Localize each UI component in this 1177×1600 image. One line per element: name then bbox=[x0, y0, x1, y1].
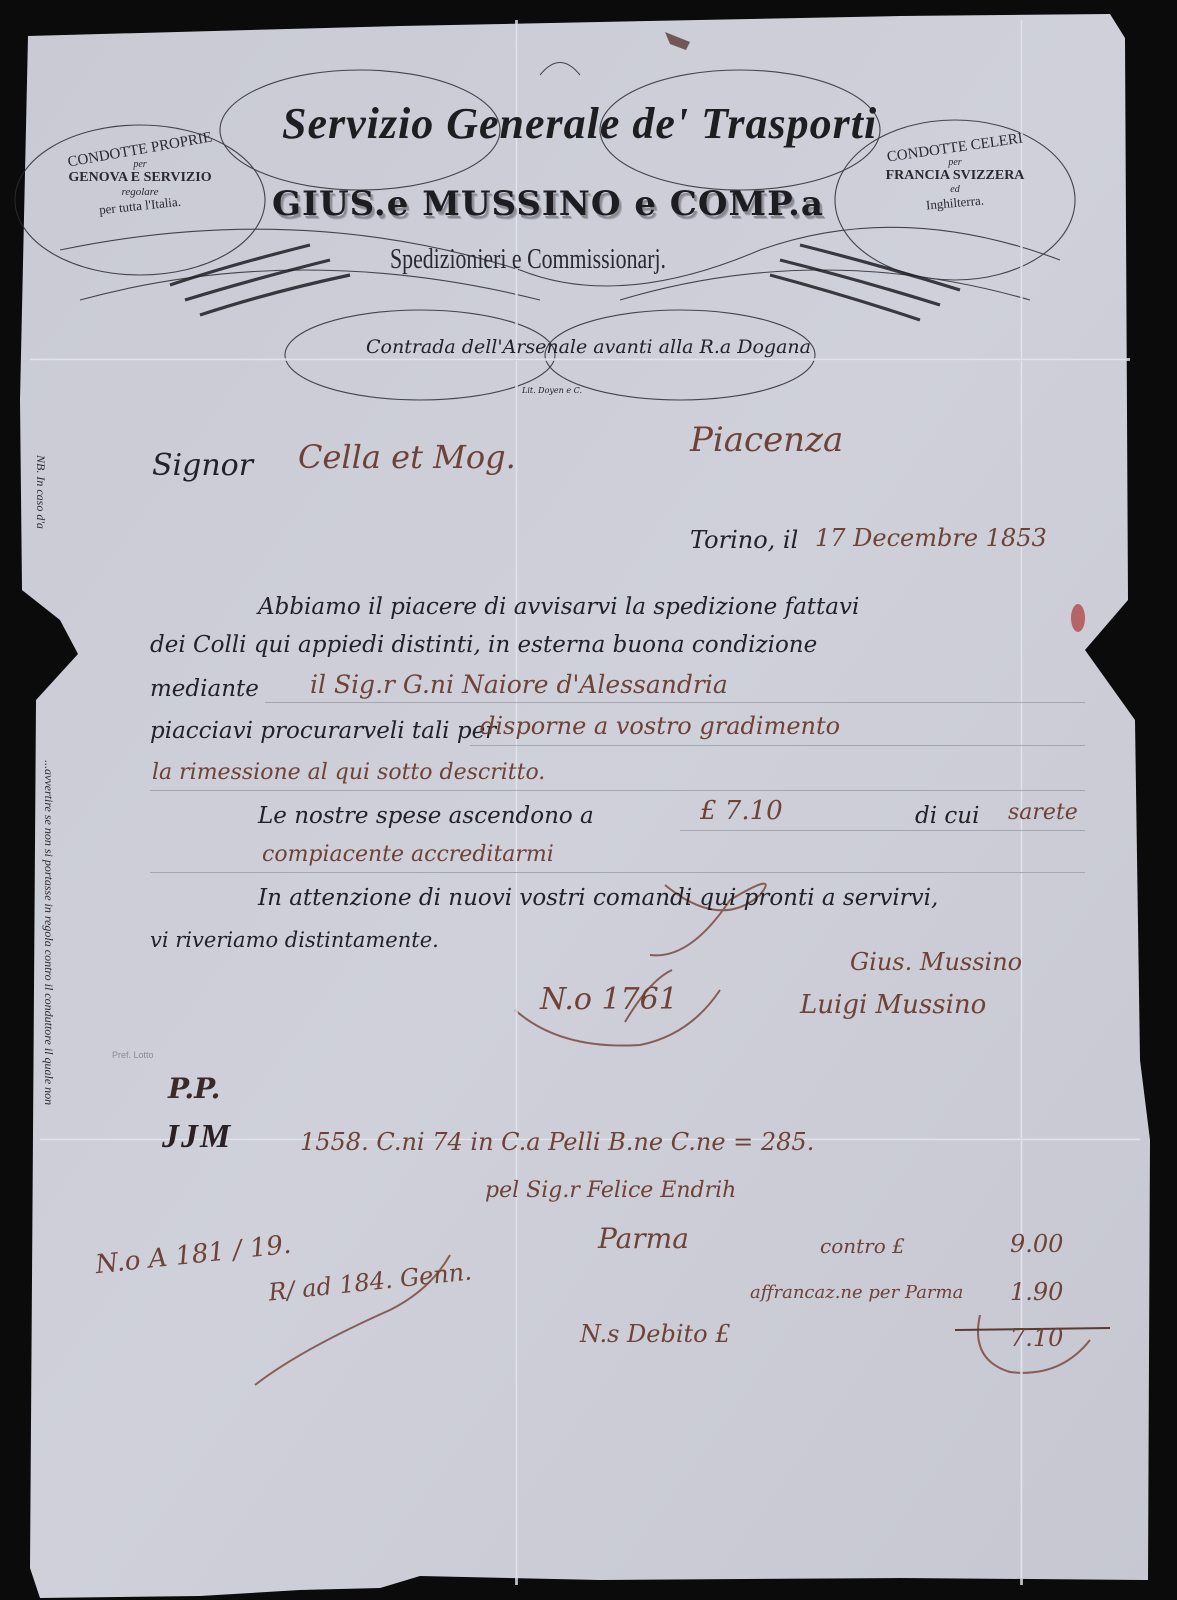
right-oval-text: CONDOTTE CELERI per FRANCIA SVIZZERA ed … bbox=[845, 140, 1065, 211]
entry-amount-1: 9.00 bbox=[1010, 1230, 1063, 1258]
ruled-line bbox=[150, 790, 1085, 791]
body-line-6-printed2: di cui bbox=[915, 803, 979, 829]
ruled-line bbox=[680, 830, 1085, 831]
letterhead-title: Servizio Generale de' Trasporti bbox=[282, 98, 877, 149]
body-line-4-handwritten: disporne a vostro gradimento bbox=[480, 712, 840, 740]
consignment-line-1: 1558. C.ni 74 in C.a Pelli B.ne C.ne = 2… bbox=[300, 1128, 814, 1156]
body-line-6-handwritten2: sarete bbox=[1008, 800, 1078, 825]
body-line-2: dei Colli qui appiedi distinti, in ester… bbox=[150, 632, 817, 658]
body-line-4-printed: piacciavi procurarveli tali per bbox=[150, 718, 496, 744]
side-note-bottom: ...avvertire se non si portasse in regol… bbox=[41, 760, 56, 1105]
body-line-7-handwritten: compiacente accreditarmi bbox=[262, 842, 554, 867]
right-oval-line3: FRANCIA SVIZZERA bbox=[845, 168, 1065, 184]
body-line-3-printed: mediante bbox=[150, 676, 259, 702]
entry-label-3: N.s Debito £ bbox=[580, 1320, 731, 1348]
entry-amount-2: 1.90 bbox=[1010, 1278, 1063, 1306]
body-line-9: vi riveriamo distintamente. bbox=[150, 928, 439, 952]
ruled-line bbox=[150, 872, 1085, 873]
addressee-city: Piacenza bbox=[690, 420, 843, 460]
letter-sheet: Servizio Generale de' Trasporti GIUS.e M… bbox=[0, 0, 1177, 1600]
entry-label-1: contro £ bbox=[820, 1234, 905, 1258]
left-oval-text: CONDOTTE PROPRIE per GENOVA E SERVIZIO r… bbox=[30, 142, 250, 214]
ruled-line bbox=[470, 745, 1085, 746]
dateline-place: Torino, il bbox=[690, 526, 798, 554]
signature-line-1: Gius. Mussino bbox=[850, 948, 1022, 976]
consignment-destination: Parma bbox=[598, 1222, 689, 1255]
entry-amount-3: 7.10 bbox=[1010, 1324, 1063, 1352]
body-line-1: Abbiamo il piacere di avvisarvi la spedi… bbox=[258, 594, 859, 620]
body-line-6-printed: Le nostre spese ascendono a bbox=[258, 803, 594, 829]
entry-label-2: affrancaz.ne per Parma bbox=[750, 1282, 963, 1303]
signature-line-2: Luigi Mussino bbox=[800, 990, 986, 1020]
salutation: Signor bbox=[152, 448, 253, 483]
body-line-3-handwritten: il Sig.r G.ni Naiore d'Alessandria bbox=[310, 670, 728, 699]
faint-stamp: Pref. Lotto bbox=[112, 1050, 154, 1060]
postal-marking-pp: P.P. bbox=[168, 1072, 220, 1105]
letterhead-address: Contrada dell'Arsenale avanti alla R.a D… bbox=[366, 336, 811, 358]
ruled-line bbox=[265, 702, 1085, 703]
side-note-top: NB. In caso d'a bbox=[33, 455, 48, 529]
printer-credit: Lit. Doyen e C. bbox=[522, 386, 582, 395]
body-line-5-handwritten: la rimessione al qui sotto descritto. bbox=[152, 760, 545, 785]
expense-amount: £ 7.10 bbox=[700, 796, 783, 826]
reference-number: N.o 1761 bbox=[540, 982, 678, 1017]
letterhead-subtitle: Spedizionieri e Commissionarj. bbox=[390, 244, 666, 276]
addressee-name: Cella et Mog. bbox=[298, 438, 516, 476]
fold-line bbox=[30, 358, 1130, 361]
letterhead-company: GIUS.e MUSSINO e COMP.a bbox=[272, 184, 824, 224]
dateline-date: 17 Decembre 1853 bbox=[815, 524, 1047, 552]
consignment-mark: JJM bbox=[162, 1118, 232, 1156]
paper-outline bbox=[0, 0, 1177, 1600]
body-line-8: In attenzione di nuovi vostri comandi qu… bbox=[258, 885, 938, 911]
consignment-line-2: pel Sig.r Felice Endrih bbox=[485, 1178, 736, 1203]
